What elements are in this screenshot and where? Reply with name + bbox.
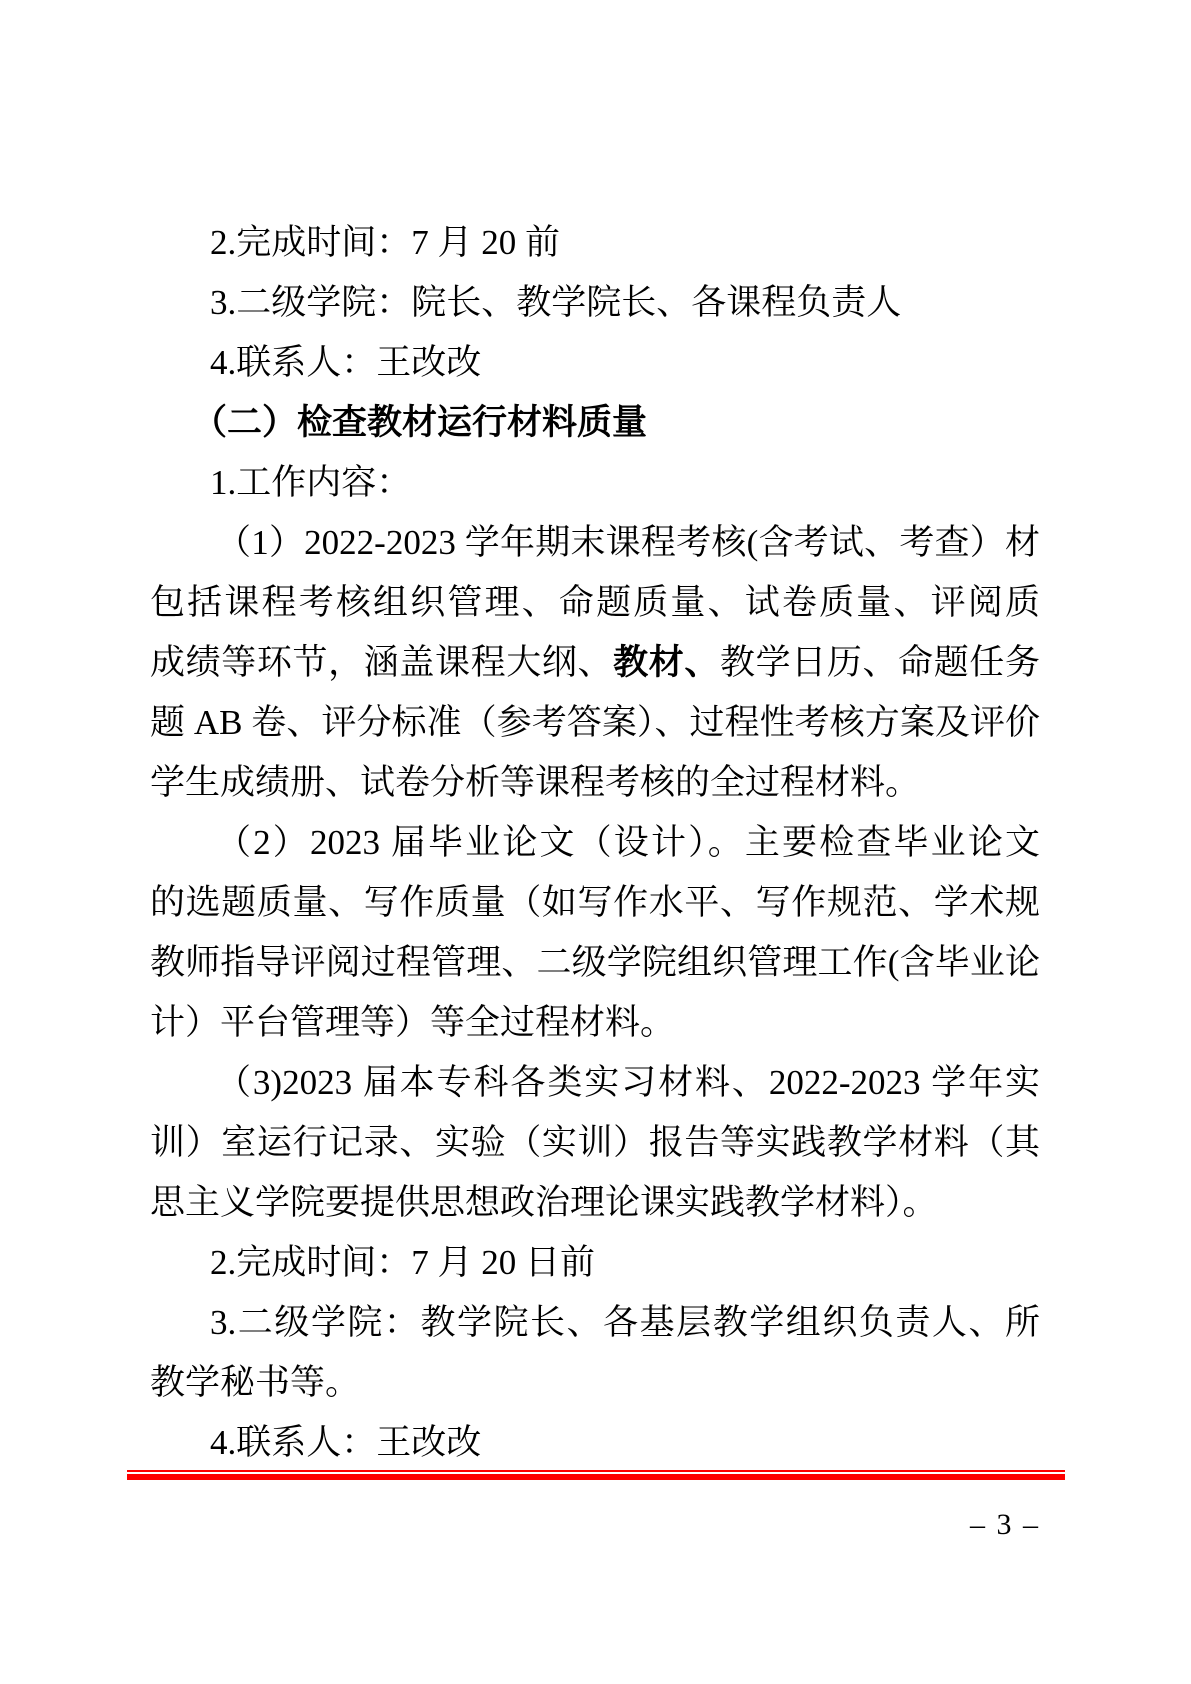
paragraph-line: 思主义学院要提供思想政治理论课实践教学材料）。 [150, 1173, 1040, 1233]
paragraph-line: 计）平台管理等）等全过程材料。 [150, 993, 1040, 1053]
rule-thick-line [127, 1474, 1065, 1480]
paragraph-line: 训）室运行记录、实验（实训）报告等实践教学材料（其中马克 [150, 1113, 1040, 1173]
paragraph-line: 的选题质量、写作质量（如写作水平、写作规范、学术规范）、 [150, 873, 1040, 933]
section-heading: （二）检查教材运行材料质量 [150, 393, 1040, 453]
paragraph-line: 教学秘书等。 [150, 1353, 1040, 1413]
paragraph-line: （3)2023 届本专科各类实习材料、2022-2023 学年实验（实 [150, 1053, 1040, 1113]
bold-emphasis: 教材、 [613, 643, 720, 682]
completion-time-line: 2.完成时间：7 月 20 前 [150, 213, 1040, 273]
paragraph-line: （2）2023 届毕业论文（设计）。主要检查毕业论文（设计） [150, 813, 1040, 873]
text-segment: 成绩等环节，涵盖课程大纲、 [150, 643, 613, 682]
paragraph-line: 包括课程考核组织管理、命题质量、试卷质量、评阅质量、学生 [150, 573, 1040, 633]
document-page: 2.完成时间：7 月 20 前 3.二级学院：院长、教学院长、各课程负责人 4.… [0, 0, 1191, 1684]
paragraph-line: （1）2022-2023 学年期末课程考核(含考试、考查）材料。 [150, 513, 1040, 573]
footer-double-rule [127, 1470, 1065, 1480]
paragraph-line: 学生成绩册、试卷分析等课程考核的全过程材料。 [150, 753, 1040, 813]
paragraph-line-with-emphasis: 成绩等环节，涵盖课程大纲、教材、教学日历、命题任务书、试 [150, 633, 1040, 693]
contact-person-line: 4.联系人：王改改 [150, 1413, 1040, 1473]
college-roles-line: 3.二级学院：教学院长、各基层教学组织负责人、所有教师、 [150, 1293, 1040, 1353]
college-roles-line: 3.二级学院：院长、教学院长、各课程负责人 [150, 273, 1040, 333]
page-number: – 3 – [970, 1506, 1040, 1544]
paragraph-line: 题 AB 卷、评分标准（参考答案）、过程性考核方案及评价成绩、 [150, 693, 1040, 753]
work-content-label: 1.工作内容： [150, 453, 1040, 513]
contact-person-line: 4.联系人：王改改 [150, 333, 1040, 393]
completion-time-line: 2.完成时间：7 月 20 日前 [150, 1233, 1040, 1293]
paragraph-line: 教师指导评阅过程管理、二级学院组织管理工作(含毕业论文(设 [150, 933, 1040, 993]
document-body: 2.完成时间：7 月 20 前 3.二级学院：院长、教学院长、各课程负责人 4.… [150, 213, 1040, 1473]
